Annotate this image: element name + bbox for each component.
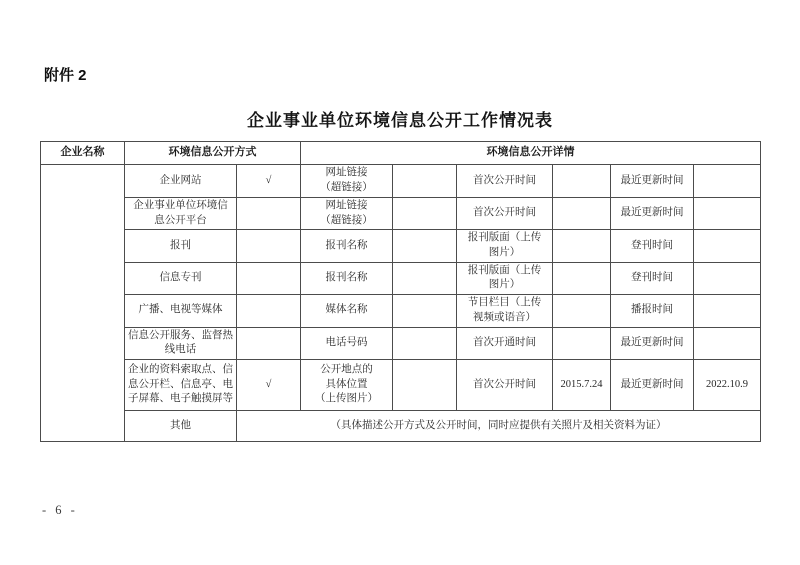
table-row: 信息专刊 报刊名称 报刊版面（上传 图片） 登刊时间 [41,262,761,294]
method-cell-broadcast-tv-media: 广播、电视等媒体 [125,295,237,327]
detail2-value-cell [553,295,611,327]
detail1-value-cell [393,327,457,359]
page-title: 企业事业单位环境信息公开工作情况表 [0,106,800,131]
table-row: 企业的资料索取点、信 息公开栏、信息亭、电 子屏幕、电子触摸屏等 √ 公开地点的… [41,359,761,410]
table-row: 广播、电视等媒体 媒体名称 节目栏目（上传 视频或语音） 播报时间 [41,295,761,327]
table-row: 报刊 报刊名称 报刊版面（上传 图片） 登刊时间 [41,230,761,262]
checkmark-cell [237,327,301,359]
detail1-label-cell: 公开地点的 具体位置 （上传图片） [301,359,393,410]
detail1-value-cell [393,230,457,262]
header-company-name: 企业名称 [41,142,125,165]
detail1-value-cell [393,198,457,230]
detail2-value-cell [553,262,611,294]
detail1-label-cell: 网址链接 （超链接） [301,198,393,230]
disclosure-report-table: 企业名称 环境信息公开方式 环境信息公开详情 企业网站 √ 网址链接 （超链接）… [40,141,761,442]
detail2-value-cell first-disclosure-date: 2015.7.24 [553,359,611,410]
detail3-label-cell: 登刊时间 [611,230,694,262]
detail2-label-cell: 报刊版面（上传 图片） [457,262,553,294]
detail3-value-cell latest-update-date: 2022.10.9 [694,359,761,410]
checkmark-cell [237,198,301,230]
detail3-label-cell: 最近更新时间 [611,165,694,198]
detail1-value-cell [393,359,457,410]
page-number: - 6 - [42,503,78,518]
detail1-value-cell [393,295,457,327]
method-cell-newspaper: 报刊 [125,230,237,262]
table-row-other: 其他 （具体描述公开方式及公开时间，同时应提供有关照片及相关资料为证） [41,410,761,441]
method-cell-disclosure-platform: 企业事业单位环境信 息公开平台 [125,198,237,230]
detail1-label-cell: 报刊名称 [301,262,393,294]
detail2-value-cell [553,327,611,359]
detail2-label-cell: 首次公开时间 [457,359,553,410]
detail2-value-cell [553,165,611,198]
detail2-label-cell: 首次公开时间 [457,198,553,230]
table-row: 信息公开服务、监督热 线电话 电话号码 首次开通时间 最近更新时间 [41,327,761,359]
checkmark-cell [237,295,301,327]
detail2-label-cell: 节目栏目（上传 视频或语音） [457,295,553,327]
company-name-cell [41,165,125,442]
detail1-value-cell [393,165,457,198]
checkmark-cell [237,262,301,294]
method-cell-info-special-issue: 信息专刊 [125,262,237,294]
detail2-value-cell [553,198,611,230]
detail2-value-cell [553,230,611,262]
method-cell-hotline: 信息公开服务、监督热 线电话 [125,327,237,359]
table-row: 企业网站 √ 网址链接 （超链接） 首次公开时间 最近更新时间 [41,165,761,198]
detail2-label-cell: 首次开通时间 [457,327,553,359]
method-cell-other: 其他 [125,410,237,441]
checkmark-cell: √ [237,359,301,410]
detail3-value-cell [694,230,761,262]
attachment-label: 附件 2 [44,64,87,85]
method-cell-enterprise-website: 企业网站 [125,165,237,198]
detail3-label-cell: 最近更新时间 [611,359,694,410]
detail3-label-cell: 最近更新时间 [611,327,694,359]
detail2-label-cell: 首次公开时间 [457,165,553,198]
detail3-value-cell [694,165,761,198]
header-disclosure-method: 环境信息公开方式 [125,142,301,165]
detail3-value-cell [694,295,761,327]
detail3-value-cell [694,327,761,359]
method-cell-physical-access-points: 企业的资料索取点、信 息公开栏、信息亭、电 子屏幕、电子触摸屏等 [125,359,237,410]
header-disclosure-detail: 环境信息公开详情 [301,142,761,165]
detail3-label-cell: 播报时间 [611,295,694,327]
detail3-label-cell: 登刊时间 [611,262,694,294]
detail1-label-cell: 媒体名称 [301,295,393,327]
checkmark-cell [237,230,301,262]
detail1-label-cell: 报刊名称 [301,230,393,262]
checkmark-cell: √ [237,165,301,198]
detail3-value-cell [694,262,761,294]
table-header-row: 企业名称 环境信息公开方式 环境信息公开详情 [41,142,761,165]
detail1-label-cell: 电话号码 [301,327,393,359]
detail3-value-cell [694,198,761,230]
table-row: 企业事业单位环境信 息公开平台 网址链接 （超链接） 首次公开时间 最近更新时间 [41,198,761,230]
other-note-cell: （具体描述公开方式及公开时间，同时应提供有关照片及相关资料为证） [237,410,761,441]
detail3-label-cell: 最近更新时间 [611,198,694,230]
detail1-label-cell: 网址链接 （超链接） [301,165,393,198]
detail1-value-cell [393,262,457,294]
detail2-label-cell: 报刊版面（上传 图片） [457,230,553,262]
